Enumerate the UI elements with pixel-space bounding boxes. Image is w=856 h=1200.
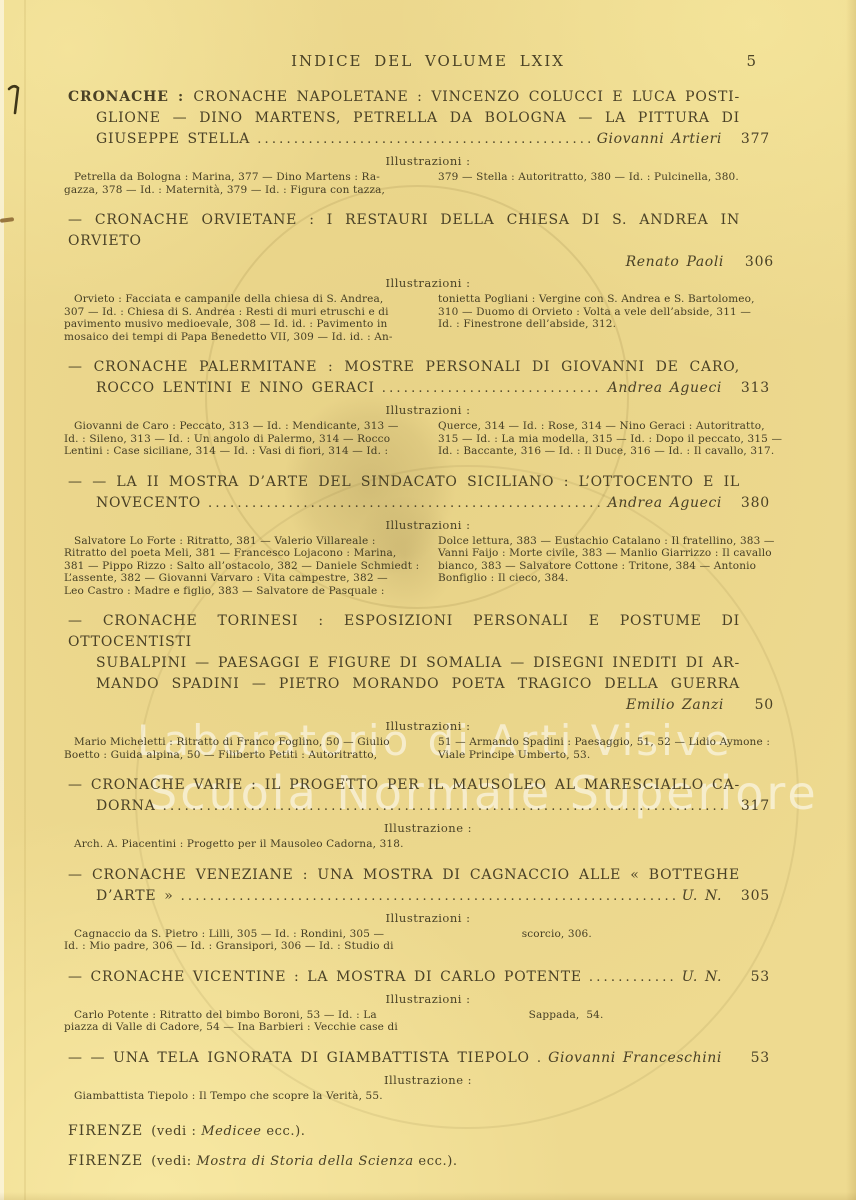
entry-title-line: MANDO SPADINI — PIETRO MORANDO POETA TRA… xyxy=(68,674,770,695)
illustration-columns: Salvatore Lo Forte : Ritratto, 381 — Val… xyxy=(64,535,792,598)
index-entry: — CRONACHE VARIE : IL PROGETTO PER IL MA… xyxy=(64,775,792,851)
author-name: Andrea Agueci xyxy=(608,493,722,514)
illustration-line: Id. : Baccante, 316 — Id. : Il Duce, 316… xyxy=(438,445,792,458)
entry-title-line: — CRONACHE VENEZIANE : UNA MOSTRA DI CAG… xyxy=(68,865,770,886)
entry-title-text: — — LA II MOSTRA D’ARTE DEL SINDACATO SI… xyxy=(68,474,740,490)
entry-title-text: DORNA xyxy=(96,796,156,817)
illustration-column-left: Mario Micheletti : Ritratto di Franco Fo… xyxy=(64,736,418,761)
entry-title-text: SUBALPINI — PAESAGGI E FIGURE DI SOMALIA… xyxy=(96,655,740,671)
illustration-line: Ritratto del poeta Meli, 381 — Francesco… xyxy=(64,547,418,560)
illustration-line: Viale Principe Umberto, 53. xyxy=(438,749,792,762)
page-reference: 380 xyxy=(732,493,770,514)
illustration-columns: Mario Micheletti : Ritratto di Franco Fo… xyxy=(64,736,792,761)
book-page: Laboratorio di Arti Visive Scuola Normal… xyxy=(0,0,856,1200)
illustrations-label: Illustrazioni : xyxy=(64,519,792,532)
author-name: U. N. xyxy=(682,886,722,907)
entry-heading: CRONACHE : CRONACHE NAPOLETANE : VINCENZ… xyxy=(68,87,770,150)
illustration-column-right: 51 — Armando Spadini : Paesaggio, 51, 52… xyxy=(438,736,792,761)
illustration-column-left: Cagnaccio da S. Pietro : Lilli, 305 — Id… xyxy=(64,928,418,953)
entry-heading: — CRONACHE PALERMITANE : MOSTRE PERSONAL… xyxy=(68,357,770,399)
entry-byline: Emilio Zanzi50 xyxy=(68,695,774,715)
illustration-line: pavimento musivo medioevale, 308 — Id. i… xyxy=(64,318,418,331)
illustration-line: Sappada, 54. xyxy=(438,1009,792,1022)
page-reference: 50 xyxy=(736,695,774,715)
illustration-line: mosaico dei tempi di Papa Benedetto VII,… xyxy=(64,331,418,344)
entry-byline: Renato Paoli306 xyxy=(68,252,774,272)
dot-leader xyxy=(589,967,675,988)
page-reference: 317 xyxy=(732,796,770,817)
illustration-line: bianco, 383 — Salvatore Cottone : Triton… xyxy=(438,560,792,573)
page-reference: 313 xyxy=(732,378,770,399)
author-name: Renato Paoli xyxy=(626,254,724,270)
illustration-line: Salvatore Lo Forte : Ritratto, 381 — Val… xyxy=(64,535,418,548)
entry-title-text: NOVECENTO xyxy=(96,493,201,514)
illustration-line: tonietta Pogliani : Vergine con S. Andre… xyxy=(438,293,792,306)
page-reference: 53 xyxy=(732,1048,770,1069)
author-name: Giovanni Artieri xyxy=(597,129,722,150)
entry-title-line: GLIONE — DINO MARTENS, PETRELLA DA BOLOG… xyxy=(68,108,770,129)
entry-title-line: DORNA317 xyxy=(68,796,770,817)
cross-reference-term: FIRENZE xyxy=(68,1153,143,1169)
entry-title-text: — CRONACHE ORVIETANE : I RESTAURI DELLA … xyxy=(68,212,740,249)
illustration-columns: Orvieto : Facciata e campanile della chi… xyxy=(64,293,792,343)
illustration-line: L’assente, 382 — Giovanni Varvaro : Vita… xyxy=(64,572,418,585)
page-reference: 377 xyxy=(732,129,770,150)
illustrations-label: Illustrazioni : xyxy=(64,404,792,417)
page-title: INDICE DEL VOLUME LXIX xyxy=(64,52,792,70)
illustration-line: Carlo Potente : Ritratto del bimbo Boron… xyxy=(64,1009,418,1022)
author-name: Giovanni Franceschini xyxy=(548,1048,722,1069)
illustrations-label: Illustrazioni : xyxy=(64,912,792,925)
entry-heading: — — LA II MOSTRA D’ARTE DEL SINDACATO SI… xyxy=(68,472,770,514)
entry-title-line: — — LA II MOSTRA D’ARTE DEL SINDACATO SI… xyxy=(68,472,770,493)
entry-heading: — CRONACHE VARIE : IL PROGETTO PER IL MA… xyxy=(68,775,770,817)
entry-title-text: CRONACHE NAPOLETANE : VINCENZO COLUCCI E… xyxy=(193,89,740,105)
illustrations-label: Illustrazioni : xyxy=(64,155,792,168)
dot-leader xyxy=(181,886,675,907)
entry-title-text: MANDO SPADINI — PIETRO MORANDO POETA TRA… xyxy=(96,676,740,692)
index-entries: CRONACHE : CRONACHE NAPOLETANE : VINCENZ… xyxy=(64,87,792,1102)
illustration-line: 379 — Stella : Autoritratto, 380 — Id. :… xyxy=(438,171,792,184)
illustration-line: piazza di Valle di Cadore, 54 — Ina Barb… xyxy=(64,1021,418,1034)
illustration-column-right: Querce, 314 — Id. : Rose, 314 — Nino Ger… xyxy=(438,420,792,458)
entry-title-line: ROCCO LENTINI E NINO GERACIAndrea Agueci… xyxy=(68,378,770,399)
illustration-columns: Cagnaccio da S. Pietro : Lilli, 305 — Id… xyxy=(64,928,792,953)
entry-heading: — CRONACHE ORVIETANE : I RESTAURI DELLA … xyxy=(68,210,770,252)
illustration-line: Arch. A. Piacentini : Progetto per il Ma… xyxy=(64,838,792,851)
entry-title-text: GIUSEPPE STELLA xyxy=(96,129,250,150)
illustration-column-right: 379 — Stella : Autoritratto, 380 — Id. :… xyxy=(438,171,792,196)
illustration-line: 51 — Armando Spadini : Paesaggio, 51, 52… xyxy=(438,736,792,749)
page-header: INDICE DEL VOLUME LXIX 5 xyxy=(64,52,792,73)
illustration-column-right: Sappada, 54. xyxy=(438,1009,792,1034)
entry-title-text: D’ARTE » xyxy=(96,886,174,907)
entry-heading: — CRONACHE TORINESI : ESPOSIZIONI PERSON… xyxy=(68,611,770,695)
entry-title-text: GLIONE — DINO MARTENS, PETRELLA DA BOLOG… xyxy=(96,110,740,126)
illustration-line: Giambattista Tiepolo : Il Tempo che scop… xyxy=(64,1090,792,1103)
illustration-list: Arch. A. Piacentini : Progetto per il Ma… xyxy=(64,838,792,851)
illustration-line: Leo Castro : Madre e figlio, 383 — Salva… xyxy=(64,585,418,598)
author-name: Emilio Zanzi xyxy=(626,697,724,713)
entry-title-line: GIUSEPPE STELLAGiovanni Artieri377 xyxy=(68,129,770,150)
illustration-column-left: Orvieto : Facciata e campanile della chi… xyxy=(64,293,418,343)
illustration-line: Cagnaccio da S. Pietro : Lilli, 305 — Id… xyxy=(64,928,418,941)
illustration-line: Querce, 314 — Id. : Rose, 314 — Nino Ger… xyxy=(438,420,792,433)
entry-title-text: — CRONACHE TORINESI : ESPOSIZIONI PERSON… xyxy=(68,613,740,650)
entry-title-text: — — UNA TELA IGNORATA DI GIAMBATTISTA TI… xyxy=(68,1048,530,1069)
entry-keyword: CRONACHE : xyxy=(68,89,193,105)
entry-title-text: — CRONACHE VARIE : IL PROGETTO PER IL MA… xyxy=(68,777,740,793)
author-name: Andrea Agueci xyxy=(608,378,722,399)
illustration-column-left: Giovanni de Caro : Peccato, 313 — Id. : … xyxy=(64,420,418,458)
illustration-line: Dolce lettura, 383 — Eustachio Catalano … xyxy=(438,535,792,548)
entry-title-line: — CRONACHE VARIE : IL PROGETTO PER IL MA… xyxy=(68,775,770,796)
illustration-column-right: tonietta Pogliani : Vergine con S. Andre… xyxy=(438,293,792,343)
illustrations-label: Illustrazioni : xyxy=(64,720,792,733)
illustration-line: scorcio, 306. xyxy=(438,928,792,941)
entry-title-text: — CRONACHE VENEZIANE : UNA MOSTRA DI CAG… xyxy=(68,867,740,883)
entry-title-line: CRONACHE : CRONACHE NAPOLETANE : VINCENZ… xyxy=(68,87,770,108)
illustration-column-left: Carlo Potente : Ritratto del bimbo Boron… xyxy=(64,1009,418,1034)
dot-leader xyxy=(382,378,601,399)
illustration-line: 381 — Pippo Rizzo : Salto all’ostacolo, … xyxy=(64,560,418,573)
illustration-line: 315 — Id. : La mia modella, 315 — Id. : … xyxy=(438,433,792,446)
illustration-line: gazza, 378 — Id. : Maternità, 379 — Id. … xyxy=(64,184,418,197)
entry-title-line: SUBALPINI — PAESAGGI E FIGURE DI SOMALIA… xyxy=(68,653,770,674)
illustration-line: 307 — Id. : Chiesa di S. Andrea : Resti … xyxy=(64,306,418,319)
cross-reference-firenze-2: FIRENZE(vedi: Mostra di Storia della Sci… xyxy=(68,1150,792,1173)
author-name: U. N. xyxy=(682,967,722,988)
entry-title-line: — CRONACHE PALERMITANE : MOSTRE PERSONAL… xyxy=(68,357,770,378)
dot-leader xyxy=(257,129,590,150)
entry-title-text: — CRONACHE VICENTINE : LA MOSTRA DI CARL… xyxy=(68,967,582,988)
entry-title-line: — — UNA TELA IGNORATA DI GIAMBATTISTA TI… xyxy=(68,1048,770,1069)
page-number: 5 xyxy=(746,52,756,70)
entry-title-line: — CRONACHE TORINESI : ESPOSIZIONI PERSON… xyxy=(68,611,770,653)
illustration-column-right: Dolce lettura, 383 — Eustachio Catalano … xyxy=(438,535,792,598)
entry-title-line: D’ARTE »U. N.305 xyxy=(68,886,770,907)
illustration-line: Id. : Finestrone dell’abside, 312. xyxy=(438,318,792,331)
cross-reference-text: (vedi : Medicee ecc.). xyxy=(151,1124,305,1139)
index-entry: — CRONACHE VICENTINE : LA MOSTRA DI CARL… xyxy=(64,967,792,1034)
illustration-columns: Petrella da Bologna : Marina, 377 — Dino… xyxy=(64,171,792,196)
page-reference: 306 xyxy=(736,252,774,272)
illustration-line: Id. : Sileno, 313 — Id. : Un angolo di P… xyxy=(64,433,418,446)
entry-title-line: — CRONACHE ORVIETANE : I RESTAURI DELLA … xyxy=(68,210,770,252)
index-entry: — — LA II MOSTRA D’ARTE DEL SINDACATO SI… xyxy=(64,472,792,598)
index-entry: — CRONACHE PALERMITANE : MOSTRE PERSONAL… xyxy=(64,357,792,458)
illustrations-label: Illustrazione : xyxy=(64,1074,792,1087)
entry-heading: — CRONACHE VENEZIANE : UNA MOSTRA DI CAG… xyxy=(68,865,770,907)
entry-heading: — CRONACHE VICENTINE : LA MOSTRA DI CARL… xyxy=(68,967,770,988)
illustration-line: 310 — Duomo di Orvieto : Volta a vele de… xyxy=(438,306,792,319)
index-entry: — CRONACHE VENEZIANE : UNA MOSTRA DI CAG… xyxy=(64,865,792,953)
entry-heading: — — UNA TELA IGNORATA DI GIAMBATTISTA TI… xyxy=(68,1048,770,1069)
index-entry: — CRONACHE TORINESI : ESPOSIZIONI PERSON… xyxy=(64,611,792,761)
illustration-line: Petrella da Bologna : Marina, 377 — Dino… xyxy=(64,171,418,184)
cross-reference-term: FIRENZE xyxy=(68,1123,143,1139)
index-entry: — CRONACHE ORVIETANE : I RESTAURI DELLA … xyxy=(64,210,792,343)
entry-title-text: — CRONACHE PALERMITANE : MOSTRE PERSONAL… xyxy=(68,359,740,375)
illustration-columns: Giovanni de Caro : Peccato, 313 — Id. : … xyxy=(64,420,792,458)
entry-title-line: NOVECENTOAndrea Agueci380 xyxy=(68,493,770,514)
index-content: INDICE DEL VOLUME LXIX 5 CRONACHE : CRON… xyxy=(0,0,856,1173)
illustration-column-right: scorcio, 306. xyxy=(438,928,792,953)
index-entry: CRONACHE : CRONACHE NAPOLETANE : VINCENZ… xyxy=(64,87,792,196)
illustrations-label: Illustrazioni : xyxy=(64,993,792,1006)
illustration-list: Giambattista Tiepolo : Il Tempo che scop… xyxy=(64,1090,792,1103)
dot-leader xyxy=(163,796,725,817)
cross-reference-text: (vedi: Mostra di Storia della Scienza ec… xyxy=(151,1154,457,1169)
illustration-line: Giovanni de Caro : Peccato, 313 — Id. : … xyxy=(64,420,418,433)
illustration-column-left: Petrella da Bologna : Marina, 377 — Dino… xyxy=(64,171,418,196)
dot-leader xyxy=(208,493,601,514)
entry-title-text: ROCCO LENTINI E NINO GERACI xyxy=(96,378,375,399)
illustrations-label: Illustrazioni : xyxy=(64,277,792,290)
illustration-line: Id. : Mio padre, 306 — Id. : Gransipori,… xyxy=(64,940,418,953)
illustration-line: Bonfiglio : Il cieco, 384. xyxy=(438,572,792,585)
cross-reference-firenze-1: FIRENZE(vedi : Medicee ecc.). xyxy=(68,1120,792,1143)
page-edge-shadow-bottom xyxy=(0,1192,856,1200)
page-reference: 53 xyxy=(732,967,770,988)
dot-leader xyxy=(537,1048,541,1069)
illustration-line: Mario Micheletti : Ritratto di Franco Fo… xyxy=(64,736,418,749)
illustration-line: Vanni Faijo : Morte civile, 383 — Manlio… xyxy=(438,547,792,560)
page-reference: 305 xyxy=(732,886,770,907)
entry-title-line: — CRONACHE VICENTINE : LA MOSTRA DI CARL… xyxy=(68,967,770,988)
illustration-line: Lentini : Case siciliane, 314 — Id. : Va… xyxy=(64,445,418,458)
illustration-columns: Carlo Potente : Ritratto del bimbo Boron… xyxy=(64,1009,792,1034)
illustration-line: Orvieto : Facciata e campanile della chi… xyxy=(64,293,418,306)
index-entry: — — UNA TELA IGNORATA DI GIAMBATTISTA TI… xyxy=(64,1048,792,1103)
illustrations-label: Illustrazione : xyxy=(64,822,792,835)
illustration-line: Boetto : Guida alpina, 50 — Filiberto Pe… xyxy=(64,749,418,762)
illustration-column-left: Salvatore Lo Forte : Ritratto, 381 — Val… xyxy=(64,535,418,598)
